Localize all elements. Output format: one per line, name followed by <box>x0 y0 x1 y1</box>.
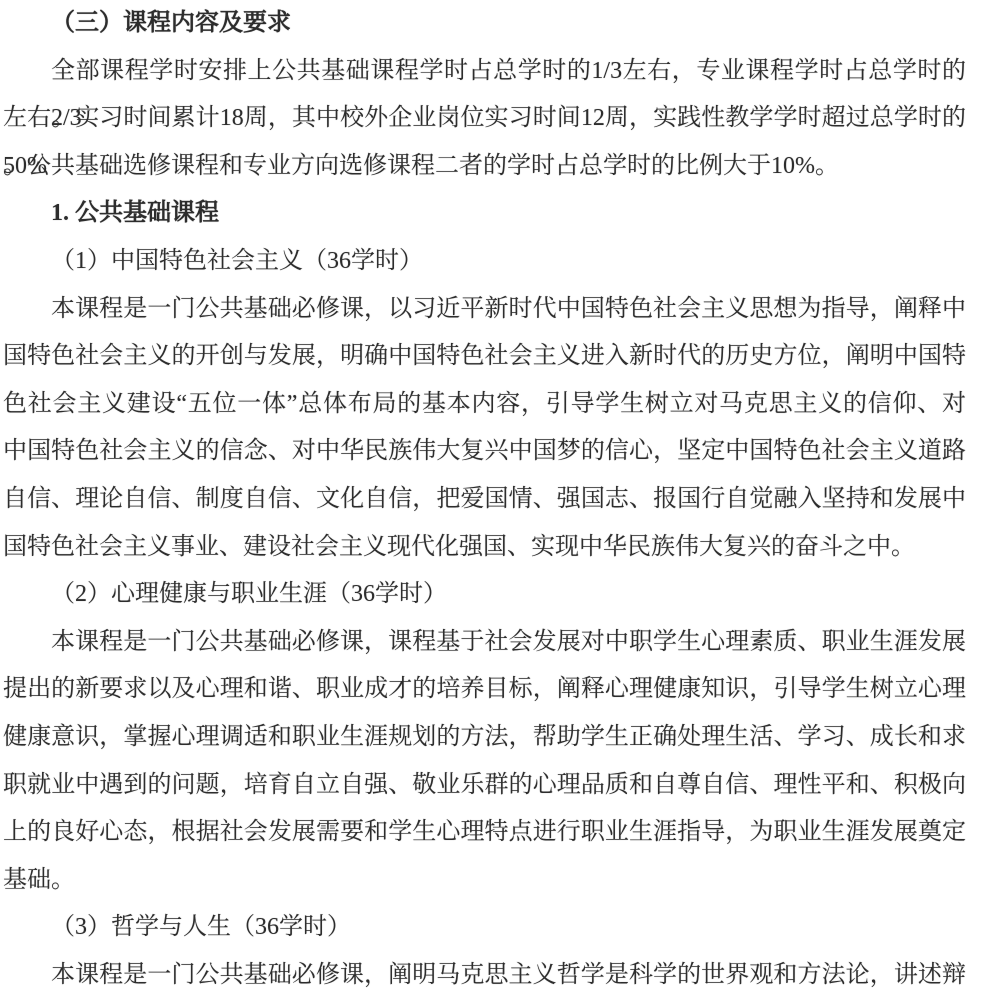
body-line: 本课程是一门公共基础必修课，阐明马克思主义哲学是科学的世界观和方法论，讲述辩 <box>3 952 966 1000</box>
document-content: （三）课程内容及要求全部课程学时安排上公共基础课程学时占总学时的1/3左右，专业… <box>3 0 966 999</box>
body-line: 中国特色社会主义的信念、对中华民族伟大复兴中国梦的信心，坚定中国特色社会主义道路 <box>3 428 966 476</box>
body-line: 提出的新要求以及心理和谐、职业成才的培养目标，阐释心理健康知识，引导学生树立心理 <box>3 666 966 714</box>
body-line: 职就业中遇到的问题，培育自立自强、敬业乐群的心理品质和自尊自信、理性平和、积极向 <box>3 762 966 810</box>
body-line: 色社会主义建设“五位一体”总体布局的基本内容，引导学生树立对马克思主义的信仰、对 <box>3 381 966 429</box>
body-line: 国特色社会主义事业、建设社会主义现代化强国、实现中华民族伟大复兴的奋斗之中。 <box>3 524 966 572</box>
body-line: 健康意识，掌握心理调适和职业生涯规划的方法，帮助学生正确处理生活、学习、成长和求 <box>3 714 966 762</box>
section-heading: （三）课程内容及要求 <box>3 0 966 48</box>
body-line: 上的良好心态，根据社会发展需要和学生心理特点进行职业生涯指导，为职业生涯发展奠定 <box>3 809 966 857</box>
body-line: 基础。 <box>3 857 966 905</box>
document-page: （三）课程内容及要求全部课程学时安排上公共基础课程学时占总学时的1/3左右，专业… <box>0 0 1000 1000</box>
body-line: 全部课程学时安排上公共基础课程学时占总学时的1/3左右，专业课程学时占总学时的2… <box>3 48 966 96</box>
course-title: （1）中国特色社会主义（36学时） <box>3 238 966 286</box>
course-title: （2）心理健康与职业生涯（36学时） <box>3 571 966 619</box>
body-line: 自信、理论自信、制度自信、文化自信，把爱国情、强国志、报国行自觉融入坚持和发展中 <box>3 476 966 524</box>
body-line: 本课程是一门公共基础必修课，课程基于社会发展对中职学生心理素质、职业生涯发展 <box>3 619 966 667</box>
body-line: 左右。实习时间累计18周，其中校外企业岗位实习时间12周，实践性教学学时超过总学… <box>3 95 966 143</box>
course-title: （3）哲学与人生（36学时） <box>3 904 966 952</box>
subsection-heading: 1. 公共基础课程 <box>3 190 966 238</box>
body-line: 本课程是一门公共基础必修课，以习近平新时代中国特色社会主义思想为指导，阐释中 <box>3 286 966 334</box>
body-line: 国特色社会主义的开创与发展，明确中国特色社会主义进入新时代的历史方位，阐明中国特 <box>3 333 966 381</box>
body-line: 。公共基础选修课程和专业方向选修课程二者的学时占总学时的比例大于10%。 <box>3 143 966 191</box>
